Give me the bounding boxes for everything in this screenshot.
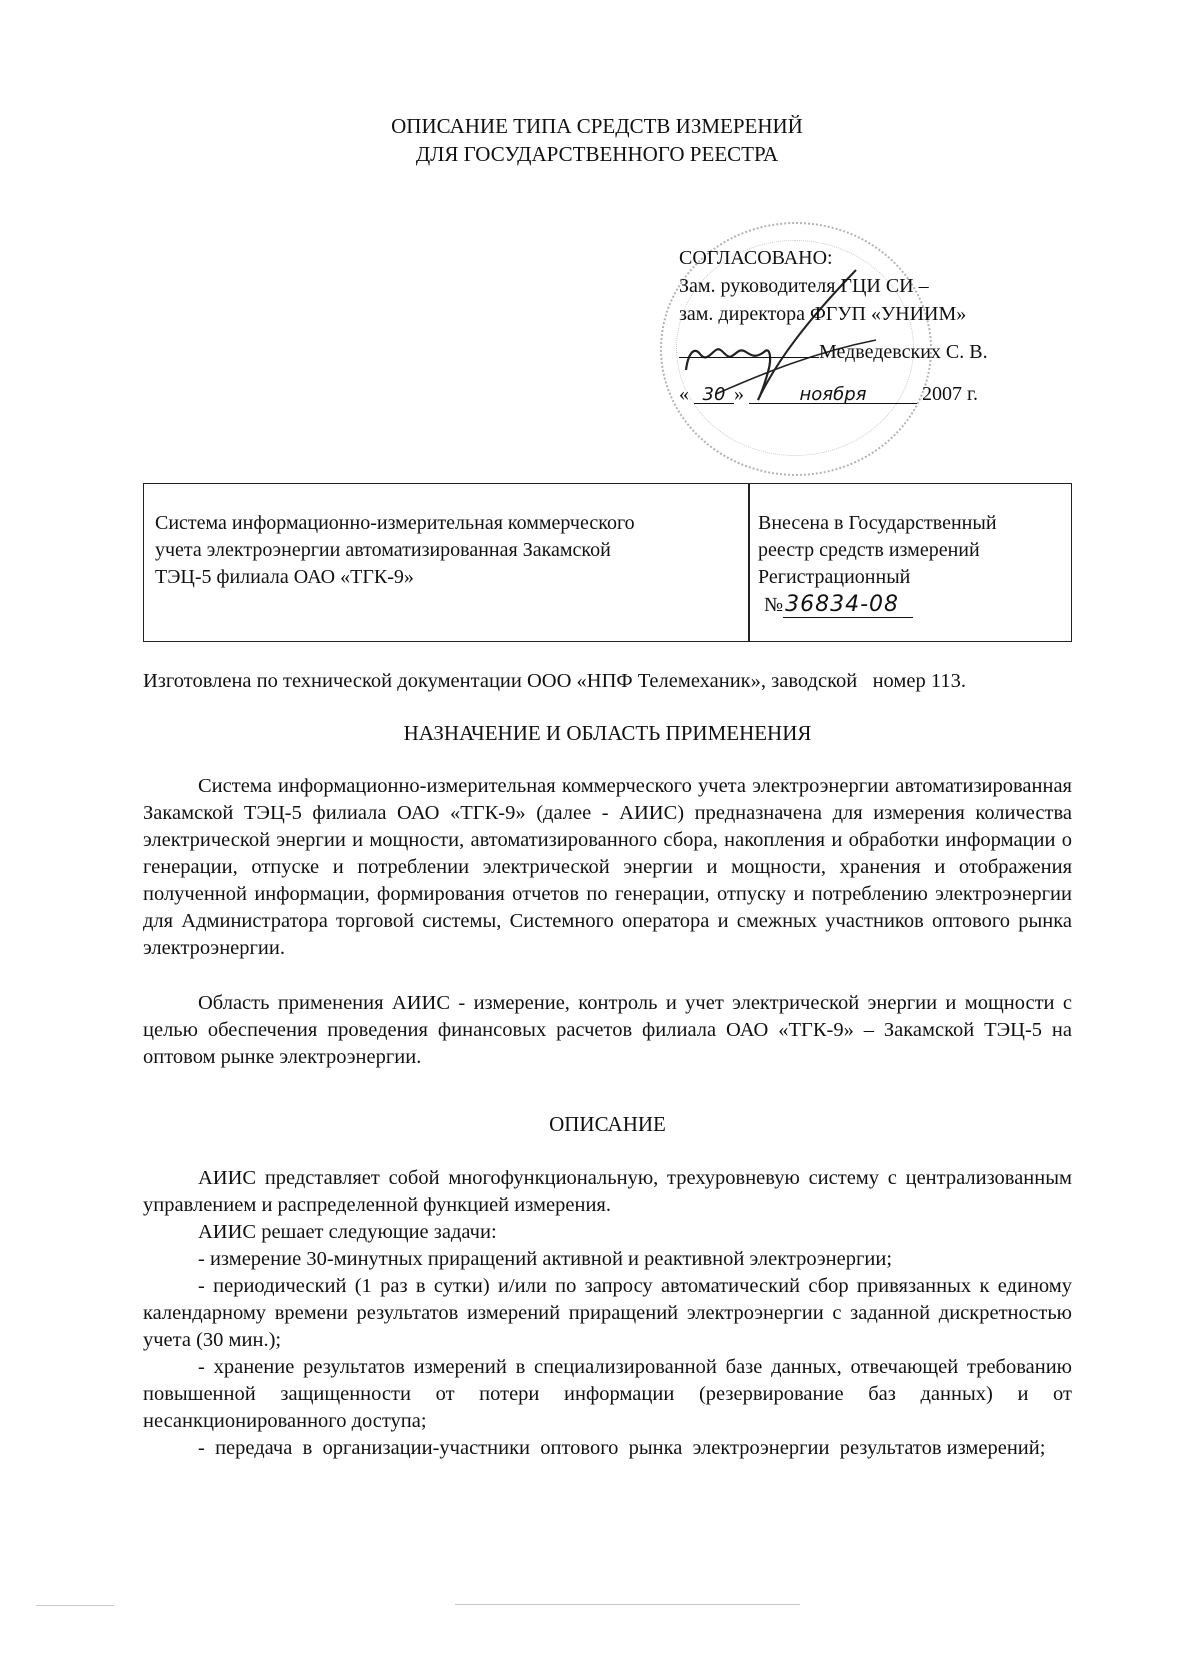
info-table-registry: Внесена в Государственный реестр средств… xyxy=(758,510,1068,619)
description-paragraph-1: АИИС представляет собой многофункциональ… xyxy=(143,1165,1072,1219)
section-heading-description: ОПИСАНИЕ xyxy=(143,1112,1072,1137)
purpose-text: Система информационно-измерительная комм… xyxy=(143,773,1072,962)
scan-artifact xyxy=(455,1604,800,1605)
info-table-divider xyxy=(748,483,750,642)
reg-number-prefix: № xyxy=(764,594,783,616)
approval-signature-line: Медведевских С. В. xyxy=(679,328,988,368)
task-item-2: - периодический (1 раз в сутки) и/или по… xyxy=(143,1273,1072,1354)
info-table-system-name: Система информационно-измерительная комм… xyxy=(155,510,740,591)
date-year: 2007 г. xyxy=(922,383,978,405)
title-line-1: ОПИСАНИЕ ТИПА СРЕДСТВ ИЗМЕРЕНИЙ xyxy=(0,112,1194,140)
section-heading-purpose: НАЗНАЧЕНИЕ И ОБЛАСТЬ ПРИМЕНЕНИЯ xyxy=(143,721,1072,746)
reg-number: 36834-08 xyxy=(783,592,913,618)
registration-number-line: №36834-08 xyxy=(758,591,1068,619)
description-paragraph-2: АИИС решает следующие задачи: xyxy=(143,1219,1072,1246)
system-name-line-1: Система информационно-измерительная комм… xyxy=(155,510,740,537)
document-title: ОПИСАНИЕ ТИПА СРЕДСТВ ИЗМЕРЕНИЙ ДЛЯ ГОСУ… xyxy=(0,112,1194,168)
approval-position-1: Зам. руководителя ГЦИ СИ – xyxy=(679,272,988,300)
section-purpose-paragraph-2: Область применения АИИС - измерение, кон… xyxy=(143,990,1072,1071)
section-description-body: АИИС представляет собой многофункциональ… xyxy=(143,1165,1072,1462)
signature-underline xyxy=(679,335,819,358)
system-name-line-2: учета электроэнергии автоматизированная … xyxy=(155,537,740,564)
date-day: 30 xyxy=(694,381,734,404)
section-purpose-paragraph-1: Система информационно-измерительная комм… xyxy=(143,773,1072,962)
approval-date-line: « 30» ноября 2007 г. xyxy=(679,380,988,408)
title-line-2: ДЛЯ ГОСУДАРСТВЕННОГО РЕЕСТРА xyxy=(0,140,1194,168)
registry-line-1: Внесена в Государственный xyxy=(758,510,1068,537)
approval-position-2: зам. директора ФГУП «УНИИМ» xyxy=(679,300,988,328)
registry-line-3: Регистрационный xyxy=(758,564,1068,591)
scan-artifact xyxy=(36,1605,114,1606)
system-name-line-3: ТЭЦ-5 филиала ОАО «ТГК-9» xyxy=(155,564,740,591)
approval-signatory: Медведевских С. В. xyxy=(819,341,988,363)
approval-block: СОГЛАСОВАНО: Зам. руководителя ГЦИ СИ – … xyxy=(679,244,988,408)
registry-line-2: реестр средств измерений xyxy=(758,537,1068,564)
approval-label: СОГЛАСОВАНО: xyxy=(679,244,988,272)
task-item-4: - передача в организации-участники оптов… xyxy=(143,1435,1072,1462)
task-item-3: - хранение результатов измерений в специ… xyxy=(143,1354,1072,1435)
scope-text: Область применения АИИС - измерение, кон… xyxy=(143,990,1072,1071)
date-open-quote: « xyxy=(679,383,689,405)
manufactured-line: Изготовлена по технической документации … xyxy=(143,668,1083,695)
date-month: ноября xyxy=(749,381,917,404)
date-close-quote: » xyxy=(734,383,744,405)
task-item-1: - измерение 30-минутных приращений актив… xyxy=(143,1246,1072,1273)
